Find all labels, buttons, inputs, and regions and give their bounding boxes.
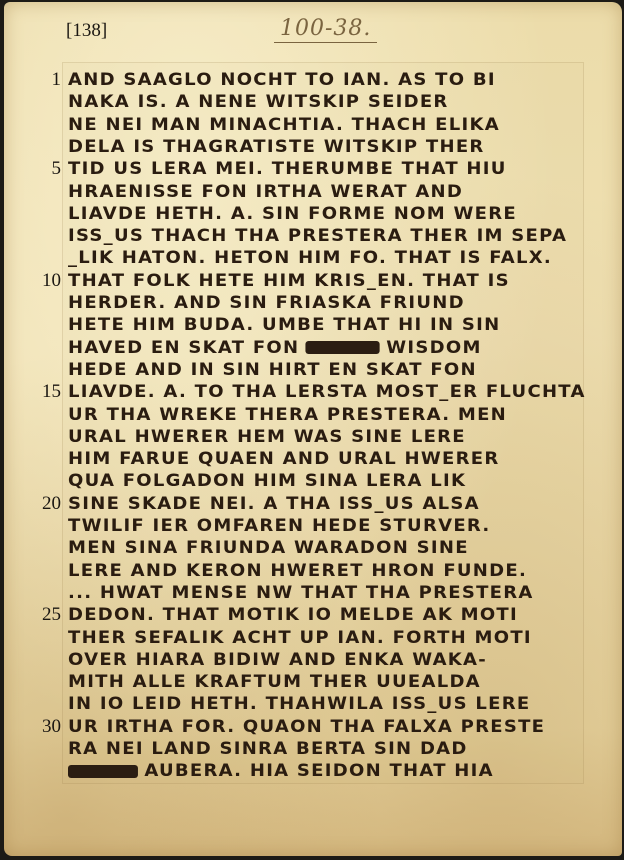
line-number: 10: [37, 268, 61, 294]
line-number: 25: [37, 602, 61, 628]
line-text-segment: QUA FOLGADON HIM SINA LERA LIK: [68, 471, 466, 491]
line-text-segment: THER SEFALIK ACHT UP IAN. FORTH MOTI: [68, 628, 532, 648]
line-number: 5: [37, 156, 61, 182]
line-text-segment: WISDOM: [386, 338, 481, 358]
ink-blot-redaction: [68, 765, 138, 778]
line-text-segment: UR IRTHA FOR. QUAON THA FALXA PRESTE: [68, 717, 545, 737]
manuscript-text-block: 1AND SAAGLO NOCHT TO IAN. AS TO BINAKA I…: [62, 62, 584, 784]
line-text-segment: NAKA IS. A NENE WITSKIP SEIDER: [68, 92, 449, 112]
line-text-segment: TID US LERA MEI. THERUMBE THAT HIU: [68, 159, 507, 179]
line-number: 15: [37, 379, 61, 405]
line-text-segment: MITH ALLE KRAFTUM THER UUEALDA: [68, 672, 481, 692]
line-text-segment: LERE AND KERON HWERET HRON FUNDE.: [68, 561, 527, 581]
line-text-segment: HIM FARUE QUAEN AND URAL HWERER: [68, 449, 500, 469]
line-number: 1: [37, 67, 61, 93]
line-number: 20: [37, 491, 61, 517]
line-text-segment: MEN SINA FRIUNDA WARADON SINE: [68, 538, 469, 558]
line-text-segment: URAL HWERER HEM WAS SINE LERE: [68, 427, 466, 447]
line-text-segment: HAVED EN SKAT FON: [68, 338, 299, 358]
line-text: AUBERA. HIA SEIDON THAT HIA: [68, 758, 494, 784]
line-text-segment: HEDE AND IN SIN HIRT EN SKAT FON: [68, 360, 477, 380]
line-text-segment: SINE SKADE NEI. A THA ISS_US ALSA: [68, 494, 480, 514]
ink-blot-redaction: [306, 341, 380, 354]
manuscript-page: [138] 100-38. 1AND SAAGLO NOCHT TO IAN. …: [4, 2, 622, 856]
bracket-page-number: [138]: [66, 20, 107, 42]
line-text-segment: UR THA WREKE THERA PRESTERA. MEN: [68, 405, 507, 425]
line-text-segment: LIAVDE HETH. A. SIN FORME NOM WERE: [68, 204, 517, 224]
line-text-segment: _LIK HATON. HETON HIM FO. THAT IS FALX.: [68, 248, 552, 268]
line-text-segment: TWILIF IER OMFAREN HEDE STURVER.: [68, 516, 491, 536]
line-text-segment: RA NEI LAND SINRA BERTA SIN DAD: [68, 739, 468, 759]
line-text-segment: HERDER. AND SIN FRIASKA FRIUND: [68, 293, 465, 313]
line-text-segment: OVER HIARA BIDIW AND ENKA WAKA-: [68, 650, 487, 670]
folio-annotation: 100-38.: [274, 16, 377, 43]
line-text-segment: HRAENISSE FON IRTHA WERAT AND: [68, 182, 463, 202]
line-text-segment: THAT FOLK HETE HIM KRIS_EN. THAT IS: [68, 271, 510, 291]
line-text-segment: IN IO LEID HETH. THAHWILA ISS_US LERE: [68, 694, 530, 714]
line-text-segment: AUBERA. HIA SEIDON THAT HIA: [144, 761, 494, 781]
line-text-segment: DEDON. THAT MOTIK IO MELDE AK MOTI: [68, 605, 518, 625]
line-text-segment: HETE HIM BUDA. UMBE THAT HI IN SIN: [68, 315, 500, 335]
line-text-segment: AND SAAGLO NOCHT TO IAN. AS TO BI: [68, 70, 496, 90]
line-number: 30: [37, 714, 61, 740]
line-text-segment: ... HWAT MENSE NW THAT THA PRESTERA: [68, 583, 534, 603]
line-text-segment: DELA IS THAGRATISTE WITSKIP THER: [68, 137, 485, 157]
line-text-segment: NE NEI MAN MINACHTIA. THACH ELIKA: [68, 115, 500, 135]
line-text-segment: ISS_US THACH THA PRESTERA THER IM SEPA: [68, 226, 567, 246]
line-text-segment: LIAVDE. A. TO THA LERSTA MOST_ER FLUCHTA: [68, 382, 586, 402]
